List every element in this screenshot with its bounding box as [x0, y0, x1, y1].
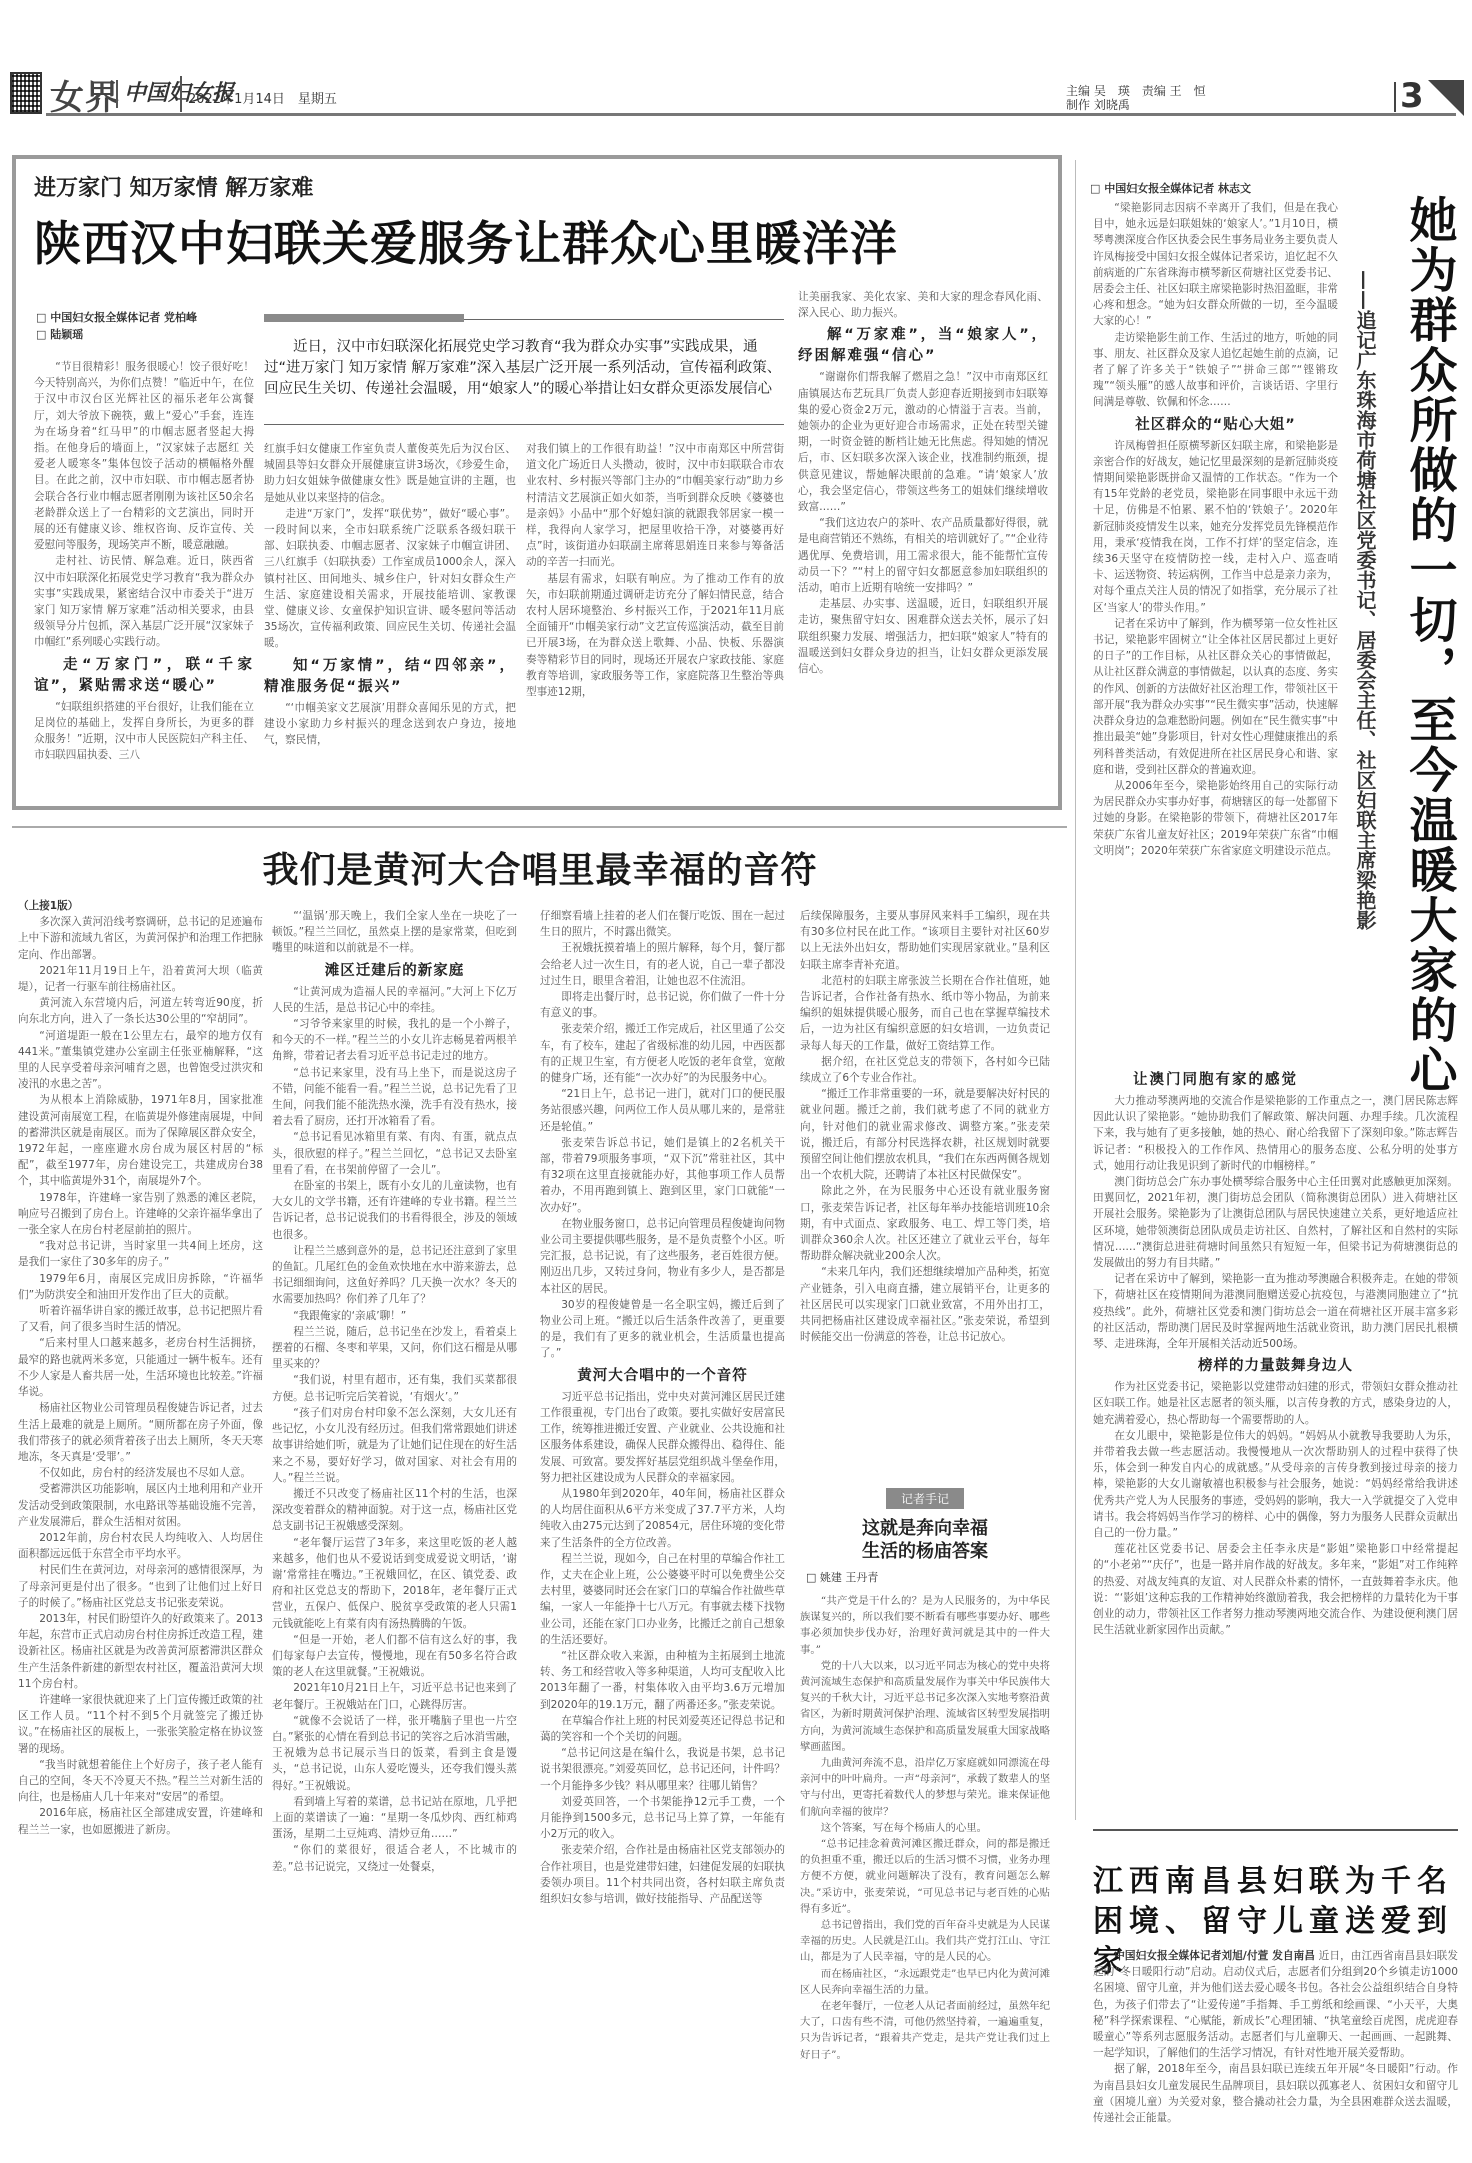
divider: [1394, 82, 1396, 112]
article-byline: □ 中国妇女报全媒体记者 林志文: [1090, 180, 1251, 196]
paragraph: “我当时就想着能住上个好房子，孩子老人能有自己的空间，冬天不冷夏天不热。”程兰兰…: [18, 1757, 263, 1806]
paragraph: 记者在采访中了解到，作为横琴第一位女性社区书记，梁艳影牢固树立“让全体社区居民都…: [1093, 616, 1338, 778]
paragraph: “21日上午，总书记一进门，就对门口的便民服务站很感兴趣，问两位工作人员从哪儿来…: [540, 1086, 785, 1135]
subheading: 滩区迁建后的新家庭: [272, 961, 517, 982]
issue-date: 2022年1月14日 星期五: [188, 88, 337, 107]
article-column: 后续保障服务，主要从事屏风来料手工编织，现在共有30多位村民在此工作。“该项目主…: [800, 908, 1050, 1483]
paragraph: 2021年11月19日上午，沿着黄河大坝（临黄堤），记者一行驱车前往杨庙社区。: [18, 963, 263, 995]
paragraph: 走访梁艳影生前工作、生活过的地方，听她的同事、朋友、社区群众及家人追忆起她生前的…: [1093, 330, 1338, 411]
paragraph: “但是一开始，老人们都不信有这么好的事，我们每家每户去宣传，慢慢地，现在有50多…: [272, 1632, 517, 1681]
paragraph: 为从根本上消除威胁，1971年8月，国家批准建设黄河南展宽工程，在临黄堤外修建南…: [18, 1092, 263, 1189]
paragraph: 从1980年到2020年，40年间，杨庙社区群众的人均居住面积从6平方米变成了3…: [540, 1486, 785, 1551]
dateline: 中国妇女报全媒体记者刘旭/付萱 发自南昌: [1114, 1950, 1315, 1962]
article-kicker: 进万家门 知万家情 解万家难: [34, 171, 313, 202]
subheading: 社区群众的“贴心大姐”: [1093, 415, 1338, 436]
paragraph: 1979年6月，南展区完成旧房拆除，“许福华们”为防洪安全和油田开发作出了巨大的…: [18, 1271, 263, 1303]
paragraph: “我们说，村里有超市，还有集，我们买菜都很方便。总书记听完后笑着说，‘有烟火’。…: [272, 1372, 517, 1404]
column-divider: [1075, 160, 1076, 1820]
paragraph: 近日，由江西省南昌县妇联发起的“冬日暖阳行动”启动。启动仪式后，志愿者们分组到2…: [1093, 1950, 1458, 2059]
paragraph: 党的十八大以来，以习近平同志为核心的党中央将黄河流域生态保护和高质量发展作为事关…: [800, 1658, 1050, 1755]
paragraph: 作为社区党委书记，梁艳影以党建带动妇建的形式，带领妇女群众推动社区妇联工作。她是…: [1093, 1379, 1458, 1428]
paragraph: 走进“万家门”，发挥“联优势”，做好“暖心事”。一段时间以来，全市妇联系统广泛联…: [264, 506, 516, 652]
title-line: 这就是奔向幸福: [800, 1517, 1050, 1540]
article-column: 对我们镇上的工作很有助益！”汉中市南郑区中所营街道文化广场近日人头攒动，彼时，汉…: [526, 441, 784, 700]
paragraph: 王祝娥抚摸着墙上的照片解释，每个月，餐厅都会给老人过一次生日，有的老人说，自己一…: [540, 940, 785, 989]
paragraph: 让程兰兰感到意外的是，总书记还注意到了家里的鱼缸。几尾红色的金鱼欢快地在水中游来…: [272, 1243, 517, 1308]
paragraph: 刘爱英回答，一个书架能挣12元手工费，一个月能挣到1500多元，总书记马上算了算…: [540, 1794, 785, 1843]
subheading: 解“万家难”，当“娘家人”，纾困解难强“信心”: [798, 325, 1048, 367]
paragraph: “‘巾帼美家文艺展演’用群众喜闻乐见的方式，把建设小家助力乡村振兴的理念送到农户…: [264, 700, 516, 749]
article-lead: 近日，汉中市妇联深化拓展党史学习教育“我为群众办实事”实践成果，通过“进万家门 …: [264, 337, 784, 400]
paragraph: “社区群众收入来源，由种植为主拓展到土地流转、务工和经营收入等多种渠道，人均可支…: [540, 1648, 785, 1713]
paragraph: “我对总书记讲，当时家里一共4间上坯房，这是我们一家住了30多年的房子。”: [18, 1238, 263, 1270]
paragraph: 听着许福华讲自家的搬迁故事，总书记把照片看了又看，问了很多当时生活的情况。: [18, 1303, 263, 1335]
divider: [264, 424, 784, 425]
paragraph: 张麦荣介绍，搬迁工作完成后，社区里通了公交车，有了校车，建起了省级标准的幼儿园，…: [540, 1021, 785, 1086]
article-column: 让澳门同胞有家的感觉 大力推动琴澳两地的交流合作是梁艳影的工作重点之一，澳门居民…: [1093, 1066, 1458, 1816]
paragraph: “就像不会说话了一样，张开嘴脑子里也一片空白。”紧张的心情在看到总书记的笑容之后…: [272, 1713, 517, 1794]
paragraph: 大力推动琴澳两地的交流合作是梁艳影的工作重点之一，澳门居民陈志辉因此认识了梁艳影…: [1093, 1093, 1458, 1174]
page-corner-triangle-icon: [1428, 80, 1464, 116]
paragraph: “你们的菜很好，很适合老人，不比城市的差。”总书记说完，又绕过一处餐桌，: [272, 1842, 517, 1874]
paragraph: “总书记问这是在编什么，我说是书架，总书记说书架很漂亮。”刘爱英回忆，总书记还问…: [540, 1745, 785, 1794]
article-headline-vertical: 她为群众所做的一切，至今温暖大家的心: [1400, 195, 1458, 1095]
article-hanzhong: 进万家门 知万家情 解万家难 陕西汉中妇联关爱服务让群众心里暖洋洋 □ 中国妇女…: [12, 155, 1062, 810]
paragraph: 张麦荣介绍，合作社是由杨庙社区党支部领办的合作社项目，也是党建带妇建，妇建促发展…: [540, 1842, 785, 1907]
paragraph: 搬迁不只改变了杨庙社区11个村的生活，也深深改变着群众的精神面貌。对于这一点，杨…: [272, 1486, 517, 1535]
article-column: （上接1版） 多次深入黄河沿线考察调研，总书记的足迹遍布上中下游和流域九省区，为…: [18, 898, 263, 2163]
editor-credits: 主编 吴 瑛 责编 王 恒 制作 刘晓禹: [1066, 84, 1206, 112]
paragraph: “未来几年内，我们还想继续增加产品种类，拓宽产业链条，引入电商直播，建立展销平台…: [800, 1264, 1050, 1345]
paragraph: 在女儿眼中，梁艳影是位伟大的妈妈。“妈妈从小就教导我要助人为乐，并带着我去做一些…: [1093, 1428, 1458, 1541]
qr-code-icon[interactable]: [10, 72, 42, 114]
paragraph: 记者在采访中了解到，梁艳影一直为推动琴澳融合积极奔走。在她的带领下，荷塘社区在疫…: [1093, 1271, 1458, 1352]
paragraph: “让黄河成为造福人民的幸福河。”大河上下亿万人民的生活，是总书记心中的牵挂。: [272, 984, 517, 1016]
subheading: 走“万家门”，联“千家谊”，紧贴需求送“暖心”: [34, 655, 254, 697]
article-subtitle-vertical: ——追记广东珠海市荷塘社区党委书记、居委会主任、社区妇联主席梁艳影: [1350, 270, 1380, 930]
article-column: 仔细察看墙上挂着的老人们在餐厅吃饭、围在一起过生日的照片，不时露出微笑。 王祝娥…: [540, 908, 785, 2163]
article-byline: □ 中国妇女报全媒体记者 党柏峰 □ 陆颖瑶: [36, 309, 197, 343]
divider: [1093, 1829, 1458, 1831]
masthead: 女界 中国妇女报 2022年1月14日 星期五 主编 吴 瑛 责编 王 恒 制作…: [8, 70, 1464, 120]
paragraph: “我们这边农户的茶叶、农产品质量都好得很，就是电商营销还不熟练，有相关的培训就好…: [798, 515, 1048, 596]
paragraph: 1978年，许建峰一家告别了熟悉的滩区老院，响应号召搬到了房台上。许建峰的父亲许…: [18, 1190, 263, 1239]
divider: [180, 76, 182, 112]
paragraph: 总书记曾指出，我们党的百年奋斗史就是为人民谋幸福的历史。人民就是江山。我们共产党…: [800, 1917, 1050, 1966]
byline-reporter: □ 中国妇女报全媒体记者 党柏峰: [36, 309, 197, 326]
article-column: 红旗手妇女健康工作室负责人董俊英先后为汉台区、城固县等妇女群众开展健康宣讲3场次…: [264, 441, 516, 748]
reporter-notes-box: 记者手记 这就是奔向幸福 生活的杨庙答案 □ 姚建 王丹青 “共产党是干什么的？…: [800, 1488, 1050, 2138]
paragraph: 在老年餐厅，一位老人从记者面前经过，虽然年纪大了，口齿有些不清，可他仍然坚持着，…: [800, 1998, 1050, 2063]
paragraph: 后续保障服务，主要从事屏风来料手工编织，现在共有30多位村民在此工作。“该项目主…: [800, 908, 1050, 973]
paragraph: 30岁的程俊婕曾是一名全职宝妈，搬迁后到了物业公司上班。“搬迁以后生活条件改善了…: [540, 1297, 785, 1362]
paragraph: 红旗手妇女健康工作室负责人董俊英先后为汉台区、城固县等妇女群众开展健康宣讲3场次…: [264, 441, 516, 506]
article-headline: 陕西汉中妇联关爱服务让群众心里暖洋洋: [34, 207, 898, 274]
paragraph: “总书记来家里，没有马上坐下，而是说这房子不错，问能不能看一看。”程兰兰说，总书…: [272, 1065, 517, 1130]
paragraph: “老年餐厅运营了3年多，来这里吃饭的老人越来越多，他们也从不爱说话到变成爱说文明…: [272, 1535, 517, 1632]
paragraph: “河道堤距一般在1公里左右，最窄的地方仅有441米。”董集镇党建办公室副主任张亚…: [18, 1028, 263, 1093]
paragraph: “我跟俺家的‘亲戚’聊！”: [272, 1308, 517, 1324]
paragraph: 受蓄滞洪区功能影响，展区内土地利用和产业开发活动受到政策限制，水电路讯等基础设施…: [18, 1481, 263, 1530]
paragraph: 看到墙上写着的菜谱，总书记站在原地，几乎把上面的菜谱读了一遍：“星期一冬瓜炒肉、…: [272, 1794, 517, 1843]
paragraph: 让美丽我家、美化农家、美和大家的理念春风化雨、深入民心、助力振兴。: [798, 289, 1048, 321]
paragraph: 仔细察看墙上挂着的老人们在餐厅吃饭、围在一起过生日的照片，不时露出微笑。: [540, 908, 785, 940]
subheading: 黄河大合唱中的一个音符: [540, 1366, 785, 1387]
paragraph: 黄河流入东营境内后，河道左转弯近90度，折向东北方向，进入了一条长达30公里的“…: [18, 995, 263, 1027]
paragraph: 习近平总书记指出，党中央对黄河滩区居民迁建工作很重视，专门出台了政策。要扎实做好…: [540, 1389, 785, 1486]
reporter-notes-authors: □ 姚建 王丹青: [806, 1569, 1050, 1585]
paragraph: “搬迁工作非常重要的一环，就是要解决好村民的就业问题。搬迁之前，我们就考虑了不同…: [800, 1086, 1050, 1183]
title-line: 生活的杨庙答案: [800, 1540, 1050, 1563]
paragraph: 程兰兰说，随后，总书记坐在沙发上，看着桌上摆着的石榴、冬枣和苹果，又问，你们这石…: [272, 1324, 517, 1373]
paragraph: 北范村的妇联主席张波兰长期在合作社值班，她告诉记者，合作社备有热水、纸巾等小物品…: [800, 973, 1050, 1054]
paragraph: 据介绍，在社区党总支的带领下，各村如今已陆续成立了6个专业合作社。: [800, 1054, 1050, 1086]
paragraph: 2012年前，房台村农民人均纯收入、人均居住面积都远远低于东营全市平均水平。: [18, 1530, 263, 1562]
paragraph: 村民们生在黄河边，对母亲河的感情很深厚，为了母亲河更是付出了很多。“也到了让他们…: [18, 1562, 263, 1611]
paragraph: “总书记挂念着黄河滩区搬迁群众，问的都是搬迁的负担重不重，搬迁以后的生活习惯不习…: [800, 1836, 1050, 1917]
article-headline: 我们是黄河大合唱里最幸福的音符: [150, 842, 930, 893]
paragraph: 在草编合作社上班的村民刘爱英还记得总书记和蔼的笑容和一个个关切的问题。: [540, 1713, 785, 1745]
page-number: 3: [1400, 76, 1424, 116]
paragraph: 走村社、访民情、解急难。近日，陕西省汉中市妇联深化拓展党史学习教育“我为群众办实…: [34, 553, 254, 650]
section-name: 女界: [50, 70, 120, 119]
paragraph: “‘温锅’那天晚上，我们全家人坐在一块吃了一顿饭。”程兰兰回忆，虽然桌上摆的是家…: [272, 908, 517, 957]
editor-line-2: 制作 刘晓禹: [1066, 98, 1206, 112]
paragraph: 基层有需求，妇联有响应。为了推动工作有的放矢，市妇联前期通过调研走访充分了解妇情…: [526, 571, 784, 701]
paragraph: 2021年10月21日上午，习近平总书记也来到了老年餐厅。王祝娥站在门口，心跳得…: [272, 1680, 517, 1712]
paragraph: 许凤梅曾担任原横琴新区妇联主席，和梁艳影是亲密合作的好战友，她记忆里最深刻的是新…: [1093, 438, 1338, 616]
masthead-rule: [46, 113, 1456, 116]
subheading: 知“万家情”，结“四邻亲”，精准服务促“振兴”: [264, 656, 516, 698]
paragraph: “节目很精彩！服务很暖心！饺子很好吃！今天特别高兴，为你们点赞！”临近中午，在位…: [34, 359, 254, 553]
paragraph: 2016年底，杨庙社区全部建成安置，许建峰和程兰兰一家，也如愿搬进了新房。: [18, 1805, 263, 1837]
divider: [464, 319, 784, 320]
editor-line-1: 主编 吴 瑛 责编 王 恒: [1066, 84, 1206, 98]
paragraph: 程兰兰说，现如今，自己在村里的草编合作社工作，丈夫在企业上班，公公婆婆平时可以免…: [540, 1551, 785, 1648]
paragraph: 2013年，村民们盼望许久的好政策来了。2013年起，东营市正式启动房台村住房拆…: [18, 1611, 263, 1692]
paragraph: 除此之外，在为民服务中心还设有就业服务窗口，张麦荣告诉记者，社区每年举办技能培训…: [800, 1183, 1050, 1264]
article-column: 让美丽我家、美化农家、美和大家的理念春风化雨、深入民心、助力振兴。 解“万家难”…: [798, 289, 1048, 677]
subheading: 榜样的力量鼓舞身边人: [1093, 1356, 1458, 1377]
paragraph: “梁艳影同志因病不幸离开了我们，但是在我心目中，她永远是妇联姐妹的‘娘家人’。”…: [1093, 200, 1338, 330]
reporter-notes-tag: 记者手记: [886, 1488, 964, 1509]
paragraph: 从2006年至今，梁艳影始终用自己的实际行动为居民群众办实事办好事，荷塘辖区的每…: [1093, 778, 1338, 859]
paragraph: 不仅如此，房台村的经济发展也不尽如人意。: [18, 1465, 263, 1481]
paragraph: 这个答案，写在每个杨庙人的心里。: [800, 1820, 1050, 1836]
reporter-notes-body: “共产党是干什么的？是为人民服务的，为中华民族谋复兴的，所以我们要不断看有哪些事…: [800, 1593, 1050, 2138]
divider: [116, 80, 118, 108]
paragraph: 张麦荣告诉总书记，她们是镇上的2名机关干部，带着79项服务事项，“双下沉”常驻社…: [540, 1135, 785, 1216]
paragraph: “谢谢你们帮我解了燃眉之急！”汉中市南郑区红庙镇展达布艺玩具厂负责人彭迎春近期接…: [798, 369, 1048, 515]
divider: [12, 826, 1067, 828]
paragraph: 在卧室的书架上，既有小女儿的儿童读物，也有大女儿的文学书籍，还有许建峰的专业书籍…: [272, 1178, 517, 1243]
paragraph: “妇联组织搭建的平台很好，让我们能在立足岗位的基础上，发挥自身所长，为更多的群众…: [34, 699, 254, 764]
subheading: 让澳门同胞有家的感觉: [1093, 1070, 1338, 1091]
paragraph: “后来村里人口越来越多，老房台村生活拥挤，最窄的路也就两米多宽，只能通过一辆牛板…: [18, 1335, 263, 1400]
paragraph: “孩子们对房台村印象不怎么深刻，大女儿还有些记忆，小女儿没有经历过。但我们常常跟…: [272, 1405, 517, 1486]
paragraph: 九曲黄河奔流不息，沿岸亿万家庭就如同漂流在母亲河中的叶叶扁舟。一声“母亲河”，承…: [800, 1755, 1050, 1820]
paragraph: 走基层、办实事、送温暖，近日，妇联组织开展走访，聚焦留守妇女、困难群众送去关怀，…: [798, 596, 1048, 677]
paragraph: 澳门街坊总会广东办事处横琴综合服务中心主任田翼对此感触更加深刻。田翼回忆，202…: [1093, 1174, 1458, 1271]
paragraph: 杨庙社区物业公司管理员程俊婕告诉记者，过去生活上最难的就是上厕所。“厕所都在房子…: [18, 1400, 263, 1465]
paragraph: 多次深入黄河沿线考察调研，总书记的足迹遍布上中下游和流域九省区，为黄河保护和治理…: [18, 914, 263, 963]
continued-note: （上接1版）: [18, 898, 263, 914]
paragraph: 在物业服务窗口，总书记向管理员程俊婕询问物业公司主要提供哪些服务，是不是负责整个…: [540, 1216, 785, 1297]
article-column: “节目很精彩！服务很暖心！饺子很好吃！今天特别高兴，为你们点赞！”临近中午，在位…: [34, 359, 254, 763]
paragraph: 即将走出餐厅时，总书记说，你们做了一件十分有意义的事。: [540, 989, 785, 1021]
paragraph: 据了解，2018年至今，南昌县妇联已连续五年开展“冬日暖阳”行动。作为南昌县妇女…: [1093, 2061, 1458, 2126]
byline-reporter: □ 陆颖瑶: [36, 326, 197, 343]
reporter-notes-title: 这就是奔向幸福 生活的杨庙答案: [800, 1517, 1050, 1563]
paragraph: 而在杨庙社区，“永远跟党走”也早已内化为黄河滩区人民奔向幸福生活的力量。: [800, 1966, 1050, 1998]
article-body: 中国妇女报全媒体记者刘旭/付萱 发自南昌 近日，由江西省南昌县妇联发起的“冬日暖…: [1093, 1948, 1458, 2126]
paragraph: “习爷爷来家里的时候，我扎的是一个小辫子，和今天的不一样。”程兰兰的小女儿许志畅…: [272, 1016, 517, 1065]
paragraph: “共产党是干什么的？是为人民服务的，为中华民族谋复兴的，所以我们要不断看有哪些事…: [800, 1593, 1050, 1658]
paragraph: 对我们镇上的工作很有助益！”汉中市南郑区中所营街道文化广场近日人头攒动，彼时，汉…: [526, 441, 784, 571]
paragraph: 莲花社区党委书记、居委会主任李永庆是“影姐”梁艳影口中经常提起的“小老弟”“庆仔…: [1093, 1541, 1458, 1638]
paragraph: 许建峰一家很快就迎来了上门宣传搬迁政策的社区工作人员。“11个村不到5个月就签完…: [18, 1692, 263, 1757]
article-column: “梁艳影同志因病不幸离开了我们，但是在我心目中，她永远是妇联姐妹的‘娘家人’。”…: [1093, 200, 1338, 1055]
lead-accent-bar: [264, 314, 464, 322]
paragraph: “总书记看见冰箱里有菜、有肉、有蛋，就点点头，很欣慰的样子。”程兰兰回忆，“总书…: [272, 1129, 517, 1178]
article-column: “‘温锅’那天晚上，我们全家人坐在一块吃了一顿饭。”程兰兰回忆，虽然桌上摆的是家…: [272, 908, 517, 2163]
